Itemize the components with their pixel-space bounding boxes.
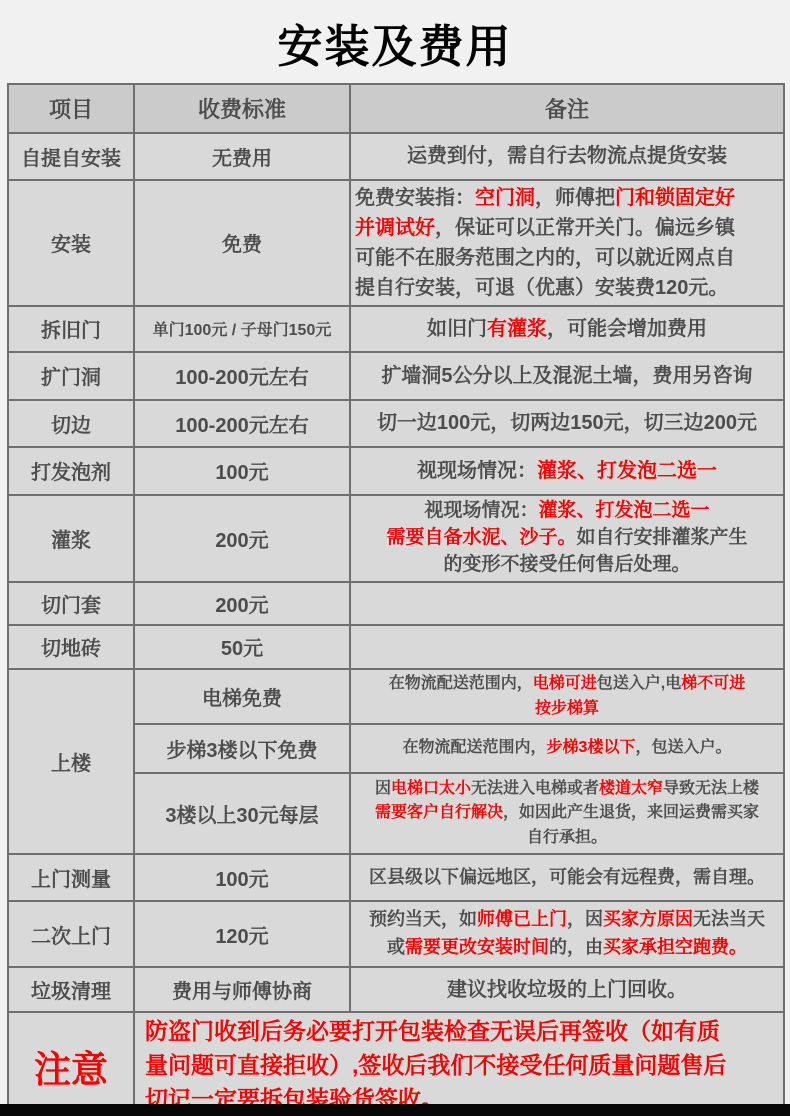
remark-text: 因 — [375, 780, 391, 797]
remark-text: ，包送入户。 — [635, 739, 731, 756]
fee-cell: 100-200元左右 — [134, 352, 350, 400]
remark-text: 的变形不接受任何售后处理。 — [443, 554, 690, 575]
remark-text: 无法进入电梯或者 — [471, 780, 599, 797]
remark-cell: 因电梯口太小无法进入电梯或者楼道太窄导致无法上楼需要客户自行解决，如因此产生退货… — [350, 773, 784, 854]
remark-text: 视现场情况： — [424, 500, 538, 521]
fees-table: 项目 收费标准 备注 自提自安装无费用运费到付，需自行去物流点提货安装安装免费免… — [7, 83, 785, 1116]
item-cell: 拆旧门 — [8, 306, 134, 352]
remark-text: 导致无法上楼 — [663, 780, 759, 797]
remark-text: ，因 — [567, 909, 603, 929]
table-row: 自提自安装无费用运费到付，需自行去物流点提货安装 — [8, 133, 784, 180]
table-header: 项目 收费标准 备注 — [8, 84, 784, 133]
fee-cell: 100元 — [134, 447, 350, 495]
remark-text: 的，由 — [549, 937, 603, 957]
remark-cell: 运费到付，需自行去物流点提货安装 — [350, 133, 784, 180]
remark-text-red: 买家承担空跑费。 — [603, 937, 747, 957]
remark-text-red: 电梯口太小 — [391, 780, 471, 797]
remark-text: 区县级以下偏远地区，可能会有远程费，需自理。 — [369, 867, 765, 887]
table-row: 灌浆200元视现场情况：灌浆、打发泡二选一需要自备水泥、沙子。如自行安排灌浆产生… — [8, 495, 784, 582]
item-cell: 安装 — [8, 180, 134, 306]
fee-cell: 200元 — [134, 582, 350, 625]
item-cell: 二次上门 — [8, 901, 134, 967]
fee-cell: 120元 — [134, 901, 350, 967]
table-row: 垃圾清理费用与师傅协商建议找收垃圾的上门回收。 — [8, 967, 784, 1012]
remark-text: 切一边100元，切两边150元，切三边200元 — [377, 412, 757, 434]
item-cell: 垃圾清理 — [8, 967, 134, 1012]
remark-text: 可能不在服务范围之内的，可以就近网点自 — [355, 247, 735, 269]
header-remark: 备注 — [350, 84, 784, 133]
remark-text: 预约当天，如 — [369, 909, 477, 929]
remark-text: 建议找收垃圾的上门回收。 — [447, 979, 687, 1001]
table-body: 自提自安装无费用运费到付，需自行去物流点提货安装安装免费免费安装指：空门洞，师傅… — [8, 133, 784, 1116]
fee-cell: 200元 — [134, 495, 350, 582]
remark-text: ，如因此产生退货，来回运费需买家 — [503, 804, 759, 821]
remark-text: 视现场情况： — [417, 460, 537, 482]
remark-text: 如旧门 — [427, 318, 487, 340]
remark-text-red: 买家方原因 — [603, 909, 693, 929]
remark-text: 提自行安装，可退（优惠）安装费120元。 — [355, 277, 728, 299]
remark-cell: 视现场情况：灌浆、打发泡二选一需要自备水泥、沙子。如自行安排灌浆产生的变形不接受… — [350, 495, 784, 582]
remark-text-red: 防盗门收到后务必要打开包装检查无误后再签收（如有质 — [145, 1018, 720, 1044]
fee-cell: 步梯3楼以下免费 — [134, 724, 350, 773]
header-row: 项目 收费标准 备注 — [8, 84, 784, 133]
item-cell: 灌浆 — [8, 495, 134, 582]
remark-cell: 在物流配送范围内，电梯可进包送入户,电梯不可进按步梯算 — [350, 669, 784, 725]
remark-text-red: 需要更改安装时间 — [405, 937, 549, 957]
remark-cell: 区县级以下偏远地区，可能会有远程费，需自理。 — [350, 854, 784, 901]
remark-text-red: 按步梯算 — [535, 700, 599, 717]
remark-text-red: 有灌浆 — [487, 318, 547, 340]
remark-text-red: 空门洞 — [475, 187, 535, 209]
fee-cell: 免费 — [134, 180, 350, 306]
remark-text: 自行承担。 — [527, 829, 607, 846]
remark-text-red: 量问题可直接拒收）,签收后我们不接受任何质量问题售后 — [145, 1052, 726, 1078]
remark-text-red: 需要自备水泥、沙子。 — [386, 527, 576, 548]
table-row: 安装免费免费安装指：空门洞，师傅把门和锁固定好并调试好，保证可以正常开关门。偏远… — [8, 180, 784, 306]
item-cell: 切边 — [8, 400, 134, 447]
item-cell: 注意 — [8, 1012, 134, 1116]
table-row: 切地砖50元 — [8, 625, 784, 669]
table-row: 注意防盗门收到后务必要打开包装检查无误后再签收（如有质量问题可直接拒收）,签收后… — [8, 1012, 784, 1116]
fee-cell: 无费用 — [134, 133, 350, 180]
table-row: 上楼电梯免费在物流配送范围内，电梯可进包送入户,电梯不可进按步梯算 — [8, 669, 784, 725]
remark-cell: 预约当天，如师傅已上门，因买家方原因无法当天或需要更改安装时间的，由买家承担空跑… — [350, 901, 784, 967]
remark-text: ，保证可以正常开关门。偏远乡镇 — [435, 217, 735, 239]
header-item: 项目 — [8, 84, 134, 133]
item-cell: 上门测量 — [8, 854, 134, 901]
remark-text-red: 灌浆、打发泡二选一 — [539, 500, 710, 521]
remark-cell: 扩墙洞5公分以上及混泥土墙，费用另咨询 — [350, 352, 784, 400]
remark-text-red: 需要客户自行解决 — [375, 804, 503, 821]
item-cell: 上楼 — [8, 669, 134, 855]
remark-cell: 视现场情况：灌浆、打发泡二选一 — [350, 447, 784, 495]
remark-text: ，师傅把 — [535, 187, 615, 209]
remark-cell: 如旧门有灌浆，可能会增加费用 — [350, 306, 784, 352]
remark-text: 或 — [387, 937, 405, 957]
remark-text: ，可能会增加费用 — [547, 318, 707, 340]
remark-cell — [350, 625, 784, 669]
remark-text-red: 楼道太窄 — [599, 780, 663, 797]
remark-text: 无法当天 — [693, 909, 765, 929]
remark-cell: 建议找收垃圾的上门回收。 — [350, 967, 784, 1012]
table-row: 二次上门120元预约当天，如师傅已上门，因买家方原因无法当天或需要更改安装时间的… — [8, 901, 784, 967]
fee-cell: 100-200元左右 — [134, 400, 350, 447]
item-cell: 切门套 — [8, 582, 134, 625]
remark-cell: 防盗门收到后务必要打开包装检查无误后再签收（如有质量问题可直接拒收）,签收后我们… — [134, 1012, 784, 1116]
remark-cell: 切一边100元，切两边150元，切三边200元 — [350, 400, 784, 447]
bottom-bar — [0, 1104, 790, 1116]
header-fee: 收费标准 — [134, 84, 350, 133]
item-cell: 扩门洞 — [8, 352, 134, 400]
remark-text: 在物流配送范围内， — [403, 739, 547, 756]
remark-text: 如自行安排灌浆产生 — [577, 527, 748, 548]
remark-text: 包送入户,电 — [597, 675, 681, 692]
item-cell: 自提自安装 — [8, 133, 134, 180]
page-title: 安装及费用 — [0, 12, 790, 82]
remark-text-red: 师傅已上门 — [477, 909, 567, 929]
fee-cell: 单门100元 / 子母门150元 — [134, 306, 350, 352]
remark-text-red: 门和锁固定好 — [615, 187, 735, 209]
table-row: 打发泡剂100元视现场情况：灌浆、打发泡二选一 — [8, 447, 784, 495]
remark-text-red: 步梯3楼以下 — [547, 739, 636, 756]
remark-cell: 在物流配送范围内，步梯3楼以下，包送入户。 — [350, 724, 784, 773]
fee-cell: 费用与师傅协商 — [134, 967, 350, 1012]
item-cell: 切地砖 — [8, 625, 134, 669]
item-cell: 打发泡剂 — [8, 447, 134, 495]
remark-text-red: 梯不可进 — [681, 675, 745, 692]
remark-cell: 免费安装指：空门洞，师傅把门和锁固定好并调试好，保证可以正常开关门。偏远乡镇可能… — [350, 180, 784, 306]
table-row: 扩门洞100-200元左右扩墙洞5公分以上及混泥土墙，费用另咨询 — [8, 352, 784, 400]
fee-cell: 100元 — [134, 854, 350, 901]
fee-cell: 电梯免费 — [134, 669, 350, 725]
remark-text: 免费安装指： — [355, 187, 475, 209]
fee-cell: 50元 — [134, 625, 350, 669]
remark-text: 在物流配送范围内， — [389, 675, 533, 692]
remark-text-red: 灌浆、打发泡二选一 — [537, 460, 717, 482]
table-row: 上门测量100元区县级以下偏远地区，可能会有远程费，需自理。 — [8, 854, 784, 901]
table-row: 切边100-200元左右切一边100元，切两边150元，切三边200元 — [8, 400, 784, 447]
fee-cell: 3楼以上30元每层 — [134, 773, 350, 854]
remark-text-red: 并调试好 — [355, 217, 435, 239]
remark-text: 运费到付，需自行去物流点提货安装 — [407, 145, 727, 167]
remark-text: 扩墙洞5公分以上及混泥土墙，费用另咨询 — [381, 365, 752, 387]
remark-cell — [350, 582, 784, 625]
remark-text-red: 电梯可进 — [533, 675, 597, 692]
table-row: 切门套200元 — [8, 582, 784, 625]
table-row: 拆旧门单门100元 / 子母门150元如旧门有灌浆，可能会增加费用 — [8, 306, 784, 352]
